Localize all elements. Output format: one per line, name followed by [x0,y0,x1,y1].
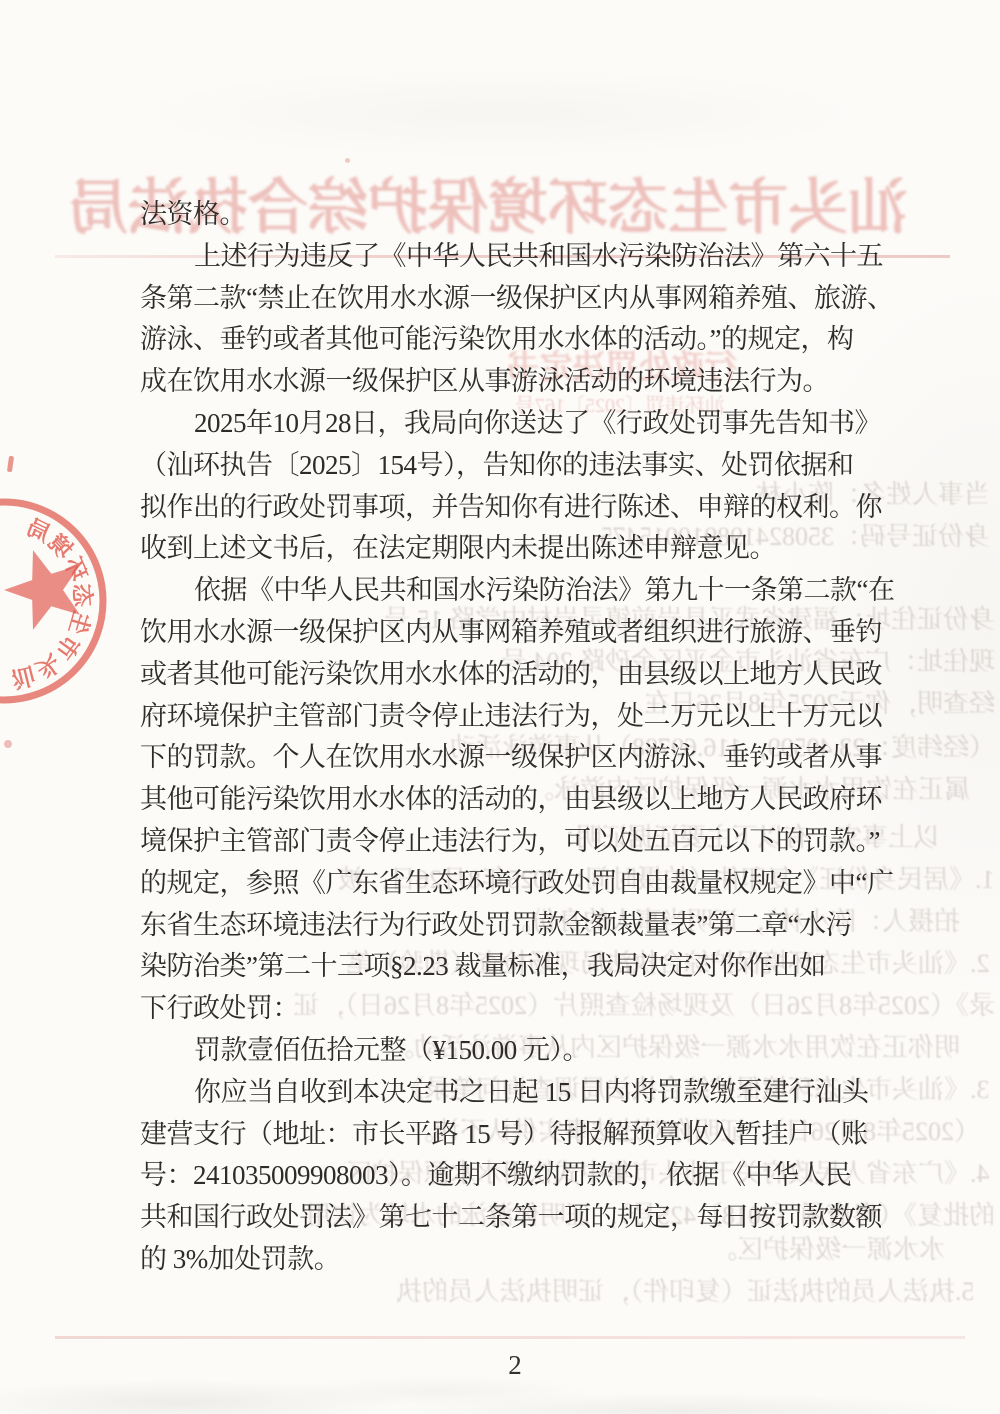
body-line: 上述行为违反了《中华人民共和国水污染防治法》第六十五 [140,236,915,278]
body-line: 依据《中华人民共和国水污染防治法》第九十一条第二款“在 [140,570,915,612]
red-ink-speck [7,456,14,473]
body-line: 游泳、垂钓或者其他可能污染饮用水水体的活动。”的规定，构 [140,319,915,361]
red-ink-speck [345,158,350,163]
scanned-penalty-decision-page: 汕头市生态环境保护综合执法局 行政处罚决定书 汕环违罚〔2025〕167号 当事… [0,0,1000,1414]
body-line: 成在饮用水水源一级保护区从事游泳活动的环境违法行为。 [140,361,915,403]
body-line: 下行政处罚： [140,988,915,1030]
body-line: 建营支行（地址：市长平路 15 号）待报解预算收入暂挂户（账 [140,1114,915,1156]
body-line: （汕环执告〔2025〕154号），告知你的违法事实、处罚依据和 [140,445,915,487]
body-line: 2025年10月28日，我局向你送达了《行政处罚事先告知书》 [140,403,915,445]
body-line: 的规定，参照《广东省生态环境行政处罚自由裁量权规定》中“广 [140,863,915,905]
body-line: 收到上述文书后，在法定期限内未提出陈述申辩意见。 [140,528,915,570]
svg-text:生: 生 [64,608,94,637]
body-line: 号：241035009908003）。逾期不缴纳罚款的，依据《中华人民 [140,1155,915,1197]
red-rule-bottom [55,1336,965,1339]
body-line: 共和国行政处罚法》第七十二条第一项的规定，每日按罚款数额 [140,1197,915,1239]
body-line: 你应当自收到本决定书之日起 15 日内将罚款缴至建行汕头 [140,1072,915,1114]
body-line: 东省生态环境违法行为行政处罚罚款金额裁量表”第二章“水污 [140,905,915,947]
body-line: 或者其他可能污染饮用水水体的活动的，由县级以上地方人民政 [140,654,915,696]
body-line: 的 3%加处罚款。 [140,1239,915,1281]
page-number: 2 [0,1350,1000,1381]
body-line: 饮用水水源一级保护区内从事网箱养殖或者组织进行旅游、垂钓 [140,612,915,654]
svg-text:态: 态 [69,582,97,608]
body-line: 罚款壹佰伍拾元整（¥150.00 元）。 [140,1030,915,1072]
official-seal-icon: 局境环态生市头汕 [0,481,124,721]
body-line: 其他可能污染饮用水水体的活动的，由县级以上地方人民政府环 [140,779,915,821]
body-line: 法资格。 [140,194,915,236]
body-line: 染防治类”第二十三项§2.23 裁量标准，我局决定对你作出如 [140,946,915,988]
body-line: 府环境保护主管部门责令停止违法行为，处二万元以上十万元以 [140,696,915,738]
body-line: 拟作出的行政处罚事项，并告知你有进行陈述、申辩的权利。你 [140,487,915,529]
body-line: 条第二款“禁止在饮用水水源一级保护区内从事网箱养殖、旅游、 [140,278,915,320]
body-line: 境保护主管部门责令停止违法行为，可以处五百元以下的罚款。” [140,821,915,863]
red-ink-speck [4,740,12,748]
bleedthrough-line: 5.执法人员的执法证（复印件），证明执法人员的执 [396,1277,975,1307]
svg-text:汕: 汕 [9,662,37,692]
body-text: 法资格。上述行为违反了《中华人民共和国水污染防治法》第六十五条第二款“禁止在饮用… [140,194,915,1281]
body-line: 下的罚款。个人在饮用水水源一级保护区内游泳、垂钓或者从事 [140,737,915,779]
